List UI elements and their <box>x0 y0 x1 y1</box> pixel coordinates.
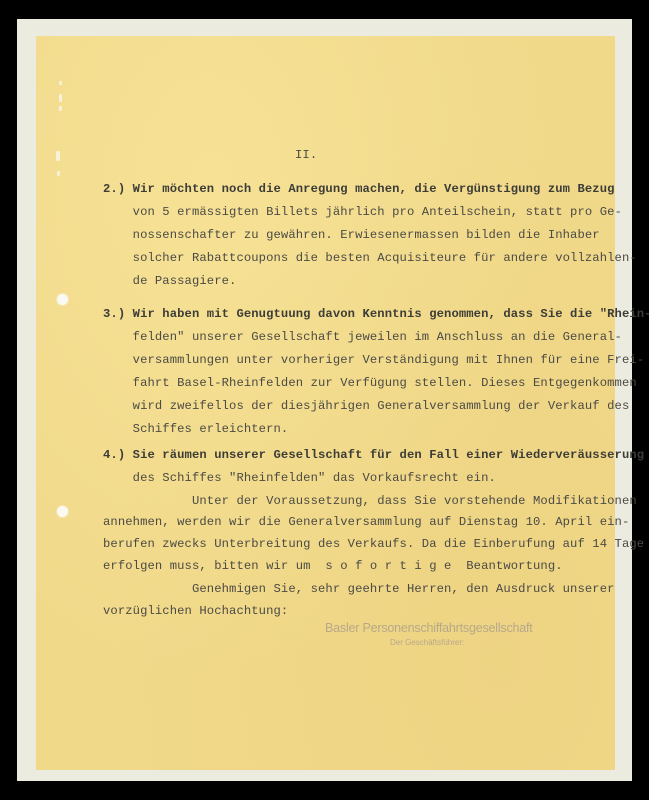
letter-line: 4.) Sie räumen unserer Gesellschaft für … <box>103 448 644 462</box>
letter-line: von 5 ermässigten Billets jährlich pro A… <box>103 205 622 219</box>
punch-hole <box>57 506 68 517</box>
stamp-signatory-role: Der Geschäftsführer: <box>390 638 464 647</box>
letter-line: de Passagiere. <box>103 274 236 288</box>
staple-mark <box>56 151 60 161</box>
letter-line: des Schiffes "Rheinfelden" das Vorkaufsr… <box>103 471 496 485</box>
letter-body: 2.) Wir möchten noch die Anregung machen… <box>103 36 603 770</box>
document-page: II. 2.) Wir möchten noch die Anregung ma… <box>36 36 615 770</box>
staple-mark <box>59 81 62 85</box>
letter-line: Genehmigen Sie, sehr geehrte Herren, den… <box>103 582 615 596</box>
letter-line: felden" unserer Gesellschaft jeweilen im… <box>103 330 622 344</box>
letter-line: Schiffes erleichtern. <box>103 422 288 436</box>
letter-line: wird zweifellos der diesjährigen General… <box>103 399 629 413</box>
staple-mark <box>59 106 62 111</box>
company-stamp: Basler Personenschiffahrtsgesellschaft <box>325 621 533 635</box>
letter-line: berufen zwecks Unterbreitung des Verkauf… <box>103 537 644 551</box>
letter-line: 2.) Wir möchten noch die Anregung machen… <box>103 182 615 196</box>
letter-line: fahrt Basel-Rheinfelden zur Verfügung st… <box>103 376 637 390</box>
letter-line: Unter der Voraussetzung, dass Sie vorste… <box>103 494 637 508</box>
letter-line: erfolgen muss, bitten wir um s o f o r t… <box>103 559 563 573</box>
punch-hole <box>57 294 68 305</box>
letter-line: annehmen, werden wir die Generalversamml… <box>103 515 629 529</box>
letter-line: solcher Rabattcoupons die besten Acquisi… <box>103 251 637 265</box>
letter-line: 3.) Wir haben mit Genugtuung davon Kennt… <box>103 307 649 321</box>
letter-line: versammlungen unter vorheriger Verständi… <box>103 353 644 367</box>
staple-mark <box>59 94 62 102</box>
letter-line: nossenschafter zu gewähren. Erwiesenerma… <box>103 228 600 242</box>
letter-line: vorzüglichen Hochachtung: <box>103 604 288 618</box>
staple-mark <box>57 171 60 176</box>
